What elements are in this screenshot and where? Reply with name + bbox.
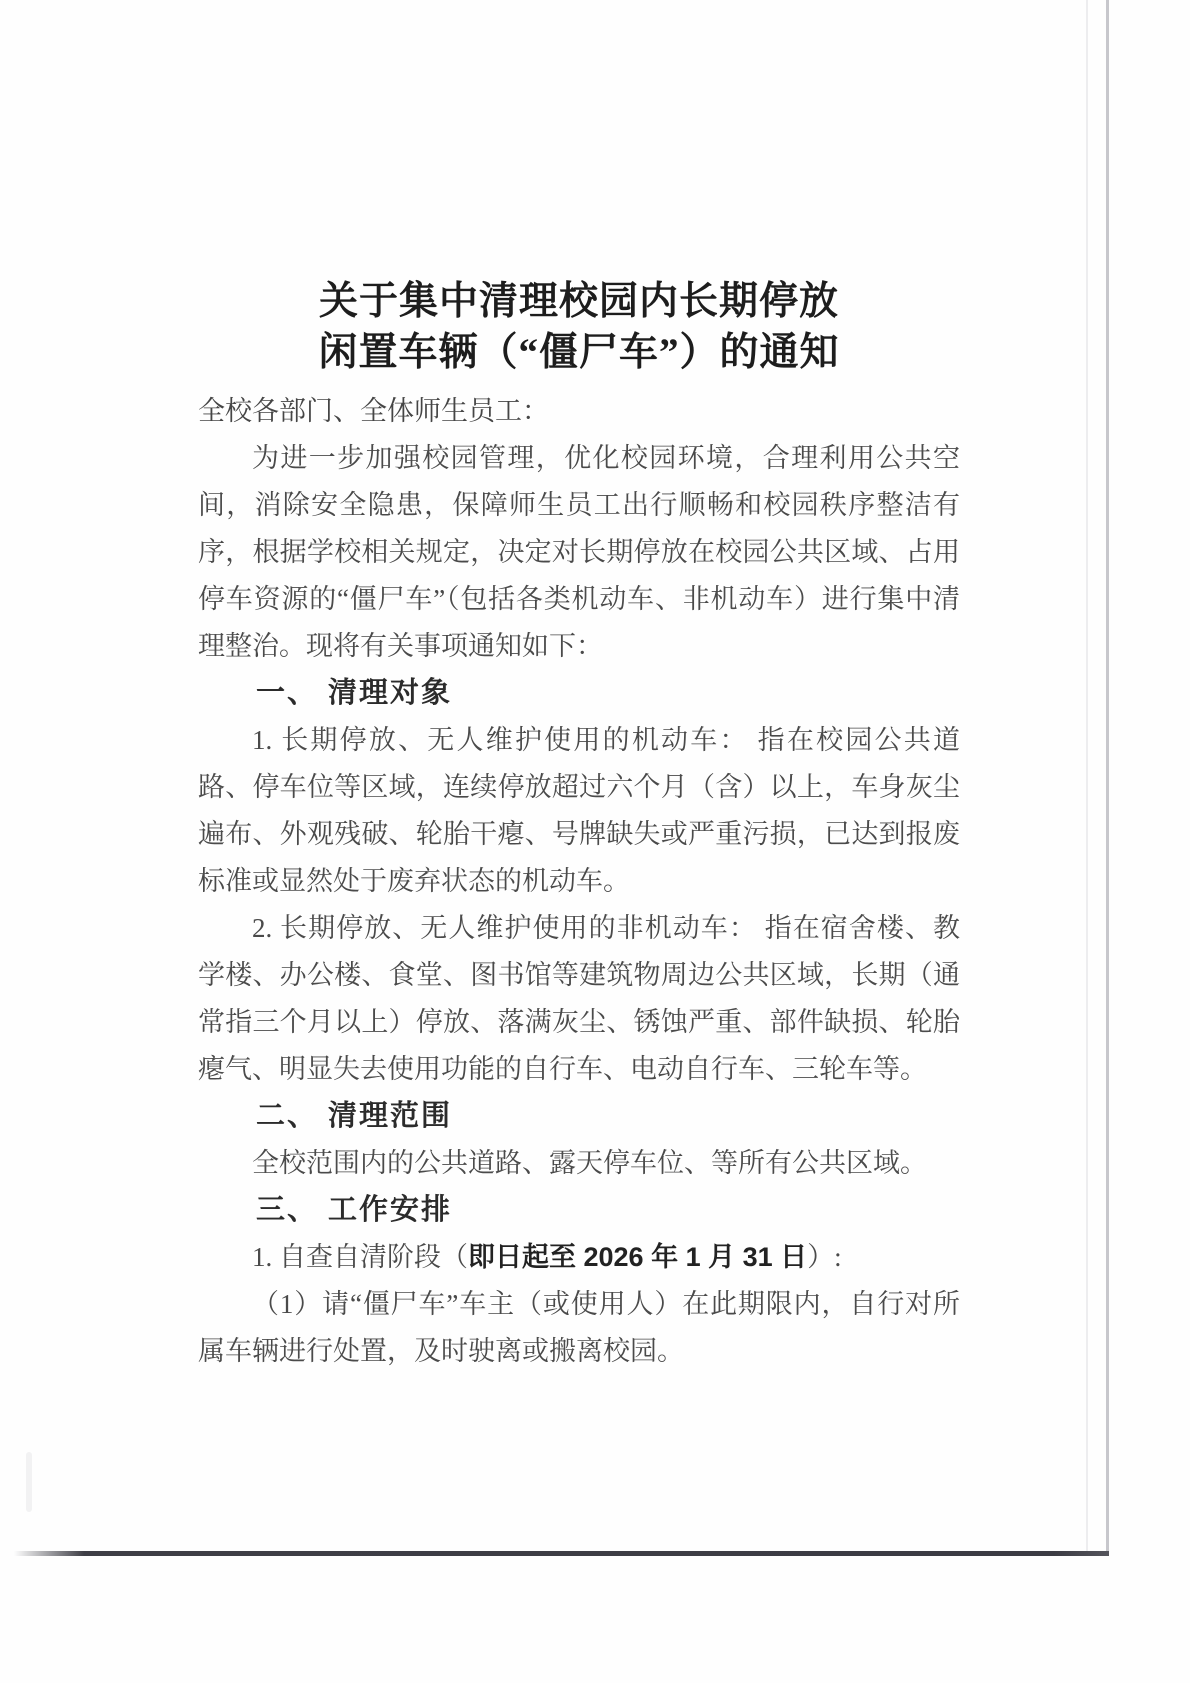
section-heading-arrangements: 三、 工作安排	[198, 1187, 960, 1234]
phase-1-suffix: ）:	[807, 1242, 842, 1272]
intro-paragraph: 为进一步加强校园管理，优化校园环境，合理利用公共空间，消除安全隐患，保障师生员工…	[198, 435, 960, 670]
target-item-motor-vehicles: 1. 长期停放、无人维护使用的机动车： 指在校园公共道路、停车位等区域，连续停放…	[198, 717, 960, 905]
paper-right-edge-line	[1106, 0, 1109, 1555]
phase-1-prefix: 1. 自查自清阶段（	[252, 1242, 468, 1272]
paper-bottom-edge-line	[14, 1551, 1109, 1556]
phase-1-instruction: （1）请“僵尸车”车主（或使用人）在此期限内，自行对所属车辆进行处置，及时驶离或…	[198, 1281, 960, 1375]
section-heading-targets: 一、 清理对象	[198, 670, 960, 717]
notice-body: 关于集中清理校园内长期停放 闲置车辆（“僵尸车”）的通知 全校各部门、全体师生员…	[198, 276, 960, 1375]
phase-1-self-check-line: 1. 自查自清阶段（即日起至 2026 年 1 月 31 日）:	[198, 1234, 960, 1281]
phase-1-deadline: 即日起至 2026 年 1 月 31 日	[468, 1242, 807, 1272]
scanned-notice-page: 关于集中清理校园内长期停放 闲置车辆（“僵尸车”）的通知 全校各部门、全体师生员…	[0, 0, 1190, 1683]
target-item-non-motor-vehicles: 2. 长期停放、无人维护使用的非机动车： 指在宿舍楼、教学楼、办公楼、食堂、图书…	[198, 905, 960, 1093]
notice-title: 关于集中清理校园内长期停放 闲置车辆（“僵尸车”）的通知	[198, 276, 960, 378]
scope-paragraph: 全校范围内的公共道路、露天停车位、等所有公共区域。	[198, 1140, 960, 1187]
scan-smudge	[26, 1452, 32, 1512]
section-heading-scope: 二、 清理范围	[198, 1093, 960, 1140]
salutation: 全校各部门、全体师生员工：	[198, 388, 960, 435]
paper-right-edge-inner-line	[1086, 0, 1088, 1552]
notice-title-line-2: 闲置车辆（“僵尸车”）的通知	[318, 331, 839, 374]
notice-title-line-1: 关于集中清理校园内长期停放	[319, 280, 839, 323]
